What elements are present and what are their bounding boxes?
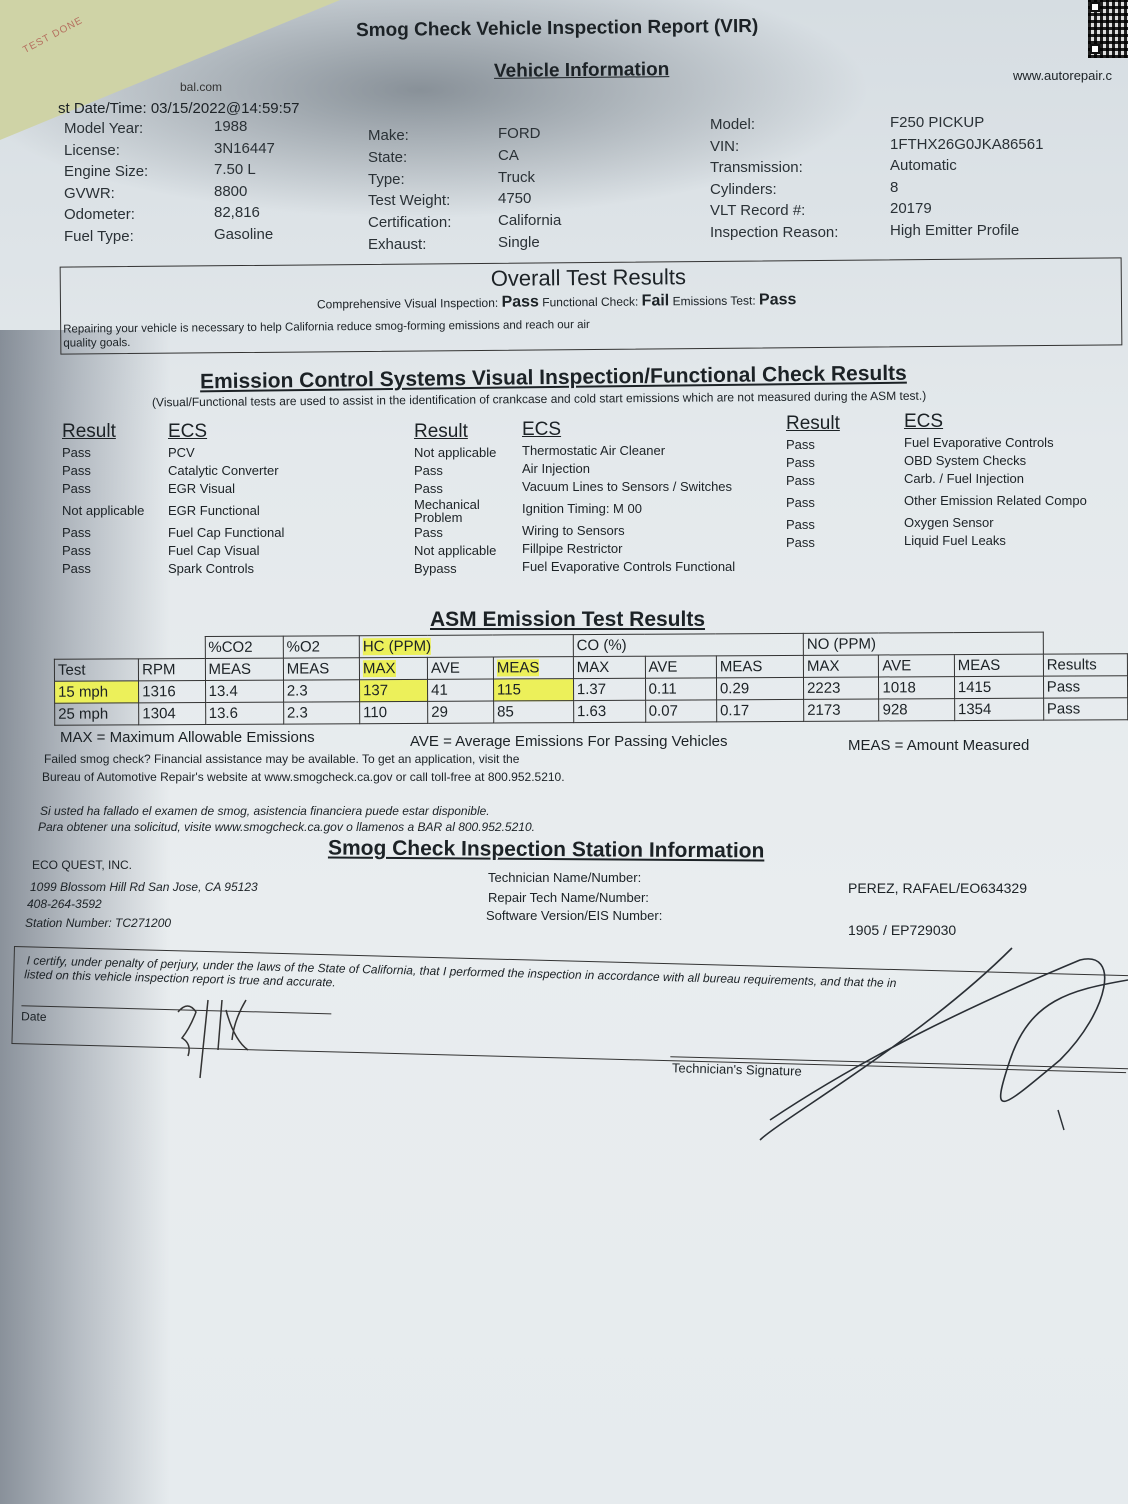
vehicle-field-label: State:	[368, 149, 407, 166]
vehicle-field-value: 82,816	[214, 204, 260, 221]
table-cell: 85	[494, 701, 574, 723]
ecs-item: Fuel Evaporative Controls Functional	[522, 558, 735, 576]
report-title: Smog Check Vehicle Inspection Report (VI…	[356, 16, 758, 42]
legend-max: MAX = Maximum Allowable Emissions	[60, 729, 315, 746]
column-header: MAX	[803, 655, 879, 677]
column-header: MEAS	[205, 658, 283, 680]
ecs-result: Mechanical Problem	[414, 498, 494, 524]
technician-value: PEREZ, RAFAEL/EO634329	[848, 880, 1027, 896]
vehicle-field-value: 8800	[214, 183, 247, 200]
table-cell: Pass	[1043, 676, 1127, 698]
ecs-result: Pass	[786, 472, 840, 490]
table-cell: 1018	[879, 677, 955, 699]
qr-code	[1088, 0, 1128, 58]
vehicle-field-label: Inspection Reason:	[710, 224, 838, 241]
visual-result: Pass	[501, 293, 539, 310]
overall-note-2: quality goals.	[63, 337, 130, 350]
ecs-result: Not applicable	[62, 498, 144, 524]
ecs-group1-items: ECSPCVCatalytic ConverterEGR VisualEGR F…	[168, 420, 284, 578]
ecs-item: Ignition Timing: M 00	[522, 496, 735, 522]
vehicle-field-label: Model Year:	[64, 120, 143, 137]
emissions-label: Emissions Test:	[672, 294, 755, 309]
ecs-item: Carb. / Fuel Injection	[904, 470, 1087, 488]
vehicle-field-value: Truck	[498, 169, 535, 186]
group-header: NO (PPM)	[803, 632, 1043, 655]
ecs-item: Air Injection	[522, 460, 735, 478]
overall-title: Overall Test Results	[491, 264, 686, 292]
ecs-item: Liquid Fuel Leaks	[904, 532, 1087, 550]
vehicle-field-value: Automatic	[890, 157, 957, 174]
table-cell: 1415	[954, 676, 1043, 698]
column-header: ECS	[904, 410, 1087, 434]
ecs-result: Pass	[62, 542, 144, 560]
legend-ave: AVE = Average Emissions For Passing Vehi…	[410, 733, 728, 750]
station-title: Smog Check Inspection Station Informatio…	[328, 836, 765, 863]
table-cell: 1354	[954, 698, 1043, 720]
ecs-item: EGR Functional	[168, 498, 284, 524]
visual-label: Comprehensive Visual Inspection:	[317, 296, 498, 312]
overall-note: Repairing your vehicle is necessary to h…	[63, 319, 590, 336]
ecs-group3-items: ECSFuel Evaporative ControlsOBD System C…	[904, 410, 1087, 550]
date-label: Date	[21, 1009, 47, 1024]
ecs-item: Other Emission Related Compo	[904, 488, 1087, 514]
ecs-group1-results: ResultPassPassPassNot applicablePassPass…	[62, 420, 144, 578]
blank-cell	[54, 637, 205, 660]
table-cell: 29	[428, 701, 494, 723]
table-cell: 0.07	[645, 700, 716, 722]
asm-title: ASM Emission Test Results	[430, 608, 705, 632]
station-address: 1099 Blossom Hill Rd San Jose, CA 95123	[30, 880, 258, 894]
qr-finder	[1090, 2, 1100, 12]
ecs-item: Wiring to Sensors	[522, 522, 735, 540]
ecs-result: Pass	[62, 524, 144, 542]
table-cell: Pass	[1043, 698, 1127, 720]
group-header: %CO2	[205, 636, 283, 658]
ecs-item: EGR Visual	[168, 480, 284, 498]
column-header: Result	[786, 412, 840, 436]
ecs-group2-results: ResultNot applicablePassPassMechanical P…	[414, 420, 496, 578]
column-header: RPM	[139, 659, 205, 681]
vehicle-field-value: 3N16447	[214, 140, 275, 157]
vehicle-field-value: F250 PICKUP	[890, 114, 984, 131]
ecs-group3-results: ResultPassPassPassPassPassPass	[786, 412, 840, 552]
functional-label: Functional Check:	[542, 295, 638, 310]
vehicle-field-label: Odometer:	[64, 206, 135, 223]
asm-results-table: %CO2%O2HC (PPM)CO (%)NO (PPM)TestRPMMEAS…	[54, 631, 1128, 726]
table-cell: 1.63	[573, 700, 645, 722]
assistance-es-1: Si usted ha fallado el examen de smog, a…	[40, 804, 490, 818]
column-header: AVE	[427, 657, 493, 679]
column-header: ECS	[168, 420, 284, 444]
vehicle-field-label: Engine Size:	[64, 163, 148, 180]
test-datetime-label: st Date/Time:	[58, 100, 147, 117]
table-cell: 928	[879, 699, 955, 721]
vehicle-field-label: VIN:	[710, 138, 739, 155]
ecs-item: Spark Controls	[168, 560, 284, 578]
ecs-result: Pass	[62, 560, 144, 578]
ecs-item: PCV	[168, 444, 284, 462]
vehicle-field-value: 4750	[498, 190, 531, 207]
vehicle-field-value: 7.50 L	[214, 161, 256, 178]
station-name: ECO QUEST, INC.	[32, 858, 132, 872]
technician-label: Technician Name/Number:	[488, 870, 641, 885]
overall-results-box: Overall Test Results Comprehensive Visua…	[60, 257, 1123, 354]
ecs-item: Thermostatic Air Cleaner	[522, 442, 735, 460]
vehicle-field-label: VLT Record #:	[710, 202, 805, 219]
ecs-result: Pass	[62, 444, 144, 462]
table-cell: 25 mph	[55, 703, 139, 725]
blank-cell	[1043, 632, 1127, 654]
repair-tech-label: Repair Tech Name/Number:	[488, 890, 649, 905]
ecs-result: Not applicable	[414, 542, 496, 560]
test-datetime-value: 03/15/2022@14:59:57	[151, 100, 300, 117]
vehicle-field-label: Fuel Type:	[64, 228, 134, 245]
table-cell: 13.4	[205, 680, 283, 702]
vehicle-field-label: Type:	[368, 171, 405, 188]
table-cell: 41	[428, 679, 494, 701]
legend-meas: MEAS = Amount Measured	[848, 737, 1029, 754]
column-header: Test	[54, 659, 138, 681]
ecs-result: Pass	[414, 480, 496, 498]
ecs-item: Fuel Evaporative Controls	[904, 434, 1087, 452]
ecs-result: Pass	[62, 462, 144, 480]
ecs-item: OBD System Checks	[904, 452, 1087, 470]
table-cell: 0.29	[716, 677, 803, 699]
ecs-item: Vacuum Lines to Sensors / Switches	[522, 478, 735, 496]
group-header: CO (%)	[573, 633, 803, 656]
ecs-result: Pass	[786, 516, 840, 534]
column-header: MEAS	[493, 657, 573, 679]
ecs-result: Pass	[786, 490, 840, 516]
column-header: MEAS	[283, 658, 359, 680]
table-cell: 137	[359, 679, 427, 701]
column-header: MEAS	[716, 655, 803, 677]
website-link[interactable]: www.autorepair.c	[1013, 68, 1112, 83]
table-cell: 2.3	[283, 702, 359, 724]
group-header: %O2	[283, 636, 359, 658]
vehicle-field-value: 20179	[890, 200, 932, 217]
ecs-result: Pass	[414, 462, 496, 480]
section-vehicle-info: Vehicle Information	[494, 59, 669, 83]
vehicle-field-value: 1FTHX26G0JKA86561	[890, 136, 1043, 153]
column-header: MEAS	[954, 654, 1043, 676]
vehicle-field-value: FORD	[498, 125, 541, 142]
vehicle-field-label: License:	[64, 142, 120, 159]
vehicle-field-value: 1988	[214, 118, 247, 135]
vehicle-field-value: Single	[498, 234, 540, 251]
vehicle-field-label: Transmission:	[710, 159, 803, 176]
table-cell: 115	[493, 679, 573, 701]
ecs-result: Not applicable	[414, 444, 496, 462]
table-cell: 0.11	[645, 678, 716, 700]
column-header: AVE	[879, 655, 955, 677]
assistance-en-2: Bureau of Automotive Repair's website at…	[42, 770, 565, 784]
vehicle-field-value: California	[498, 212, 561, 229]
vehicle-field-label: Certification:	[368, 214, 451, 231]
date-line	[21, 1005, 331, 1014]
ecs-result: Pass	[414, 524, 496, 542]
highlighted-text: HC (PPM)	[363, 638, 431, 655]
column-header: MAX	[359, 657, 427, 679]
overall-summary: Comprehensive Visual Inspection: Pass Fu…	[317, 291, 797, 313]
assistance-en-1: Failed smog check? Financial assistance …	[44, 752, 519, 766]
table-cell: 2223	[804, 677, 880, 699]
assistance-es-2: Para obtener una solicitud, visite www.s…	[38, 820, 535, 834]
vehicle-field-label: GVWR:	[64, 185, 115, 202]
ecs-result: Pass	[786, 534, 840, 552]
table-cell: 13.6	[205, 702, 283, 724]
vehicle-field-value: CA	[498, 147, 519, 164]
ecs-result: Pass	[786, 454, 840, 472]
ecs-item: Fillpipe Restrictor	[522, 540, 735, 558]
station-phone: 408-264-3592	[27, 897, 102, 911]
test-datetime: st Date/Time: 03/15/2022@14:59:57	[58, 100, 300, 117]
station-number: Station Number: TC271200	[25, 916, 171, 930]
vehicle-field-label: Model:	[710, 116, 755, 133]
emissions-result: Pass	[759, 291, 797, 308]
partial-url: bal.com	[180, 80, 222, 94]
vehicle-field-label: Exhaust:	[368, 236, 426, 253]
table-cell: 15 mph	[55, 681, 139, 703]
ecs-item: Oxygen Sensor	[904, 514, 1087, 532]
table-cell: 1316	[139, 681, 205, 703]
table-cell: 2.3	[283, 680, 359, 702]
vehicle-field-value: High Emitter Profile	[890, 222, 1019, 239]
vehicle-field-label: Test Weight:	[368, 192, 450, 209]
column-header: ECS	[522, 418, 735, 442]
software-label: Software Version/EIS Number:	[486, 908, 662, 923]
column-header: AVE	[645, 656, 716, 678]
ecs-item: Catalytic Converter	[168, 462, 284, 480]
qr-finder	[1090, 44, 1100, 54]
group-header: HC (PPM)	[359, 635, 573, 658]
ecs-item: Fuel Cap Functional	[168, 524, 284, 542]
table-cell: 0.17	[717, 699, 804, 721]
vehicle-field-value: 8	[890, 179, 898, 196]
ecs-result: Bypass	[414, 560, 496, 578]
table-cell: 1304	[139, 703, 205, 725]
software-value: 1905 / EP729030	[848, 922, 956, 938]
functional-result: Fail	[642, 292, 670, 309]
column-header: MAX	[573, 656, 645, 678]
vehicle-field-label: Make:	[368, 127, 409, 144]
table-cell: 110	[360, 701, 428, 723]
ecs-result: Pass	[62, 480, 144, 498]
vehicle-field-label: Cylinders:	[710, 181, 777, 198]
table-cell: 2173	[804, 699, 880, 721]
column-header: Result	[62, 420, 144, 444]
column-header: Result	[414, 420, 496, 444]
column-header: Results	[1043, 654, 1127, 676]
ecs-result: Pass	[786, 436, 840, 454]
ecs-item: Fuel Cap Visual	[168, 542, 284, 560]
vehicle-field-value: Gasoline	[214, 226, 273, 243]
table-cell: 1.37	[573, 678, 645, 700]
ecs-group2-items: ECSThermostatic Air CleanerAir Injection…	[522, 418, 735, 576]
